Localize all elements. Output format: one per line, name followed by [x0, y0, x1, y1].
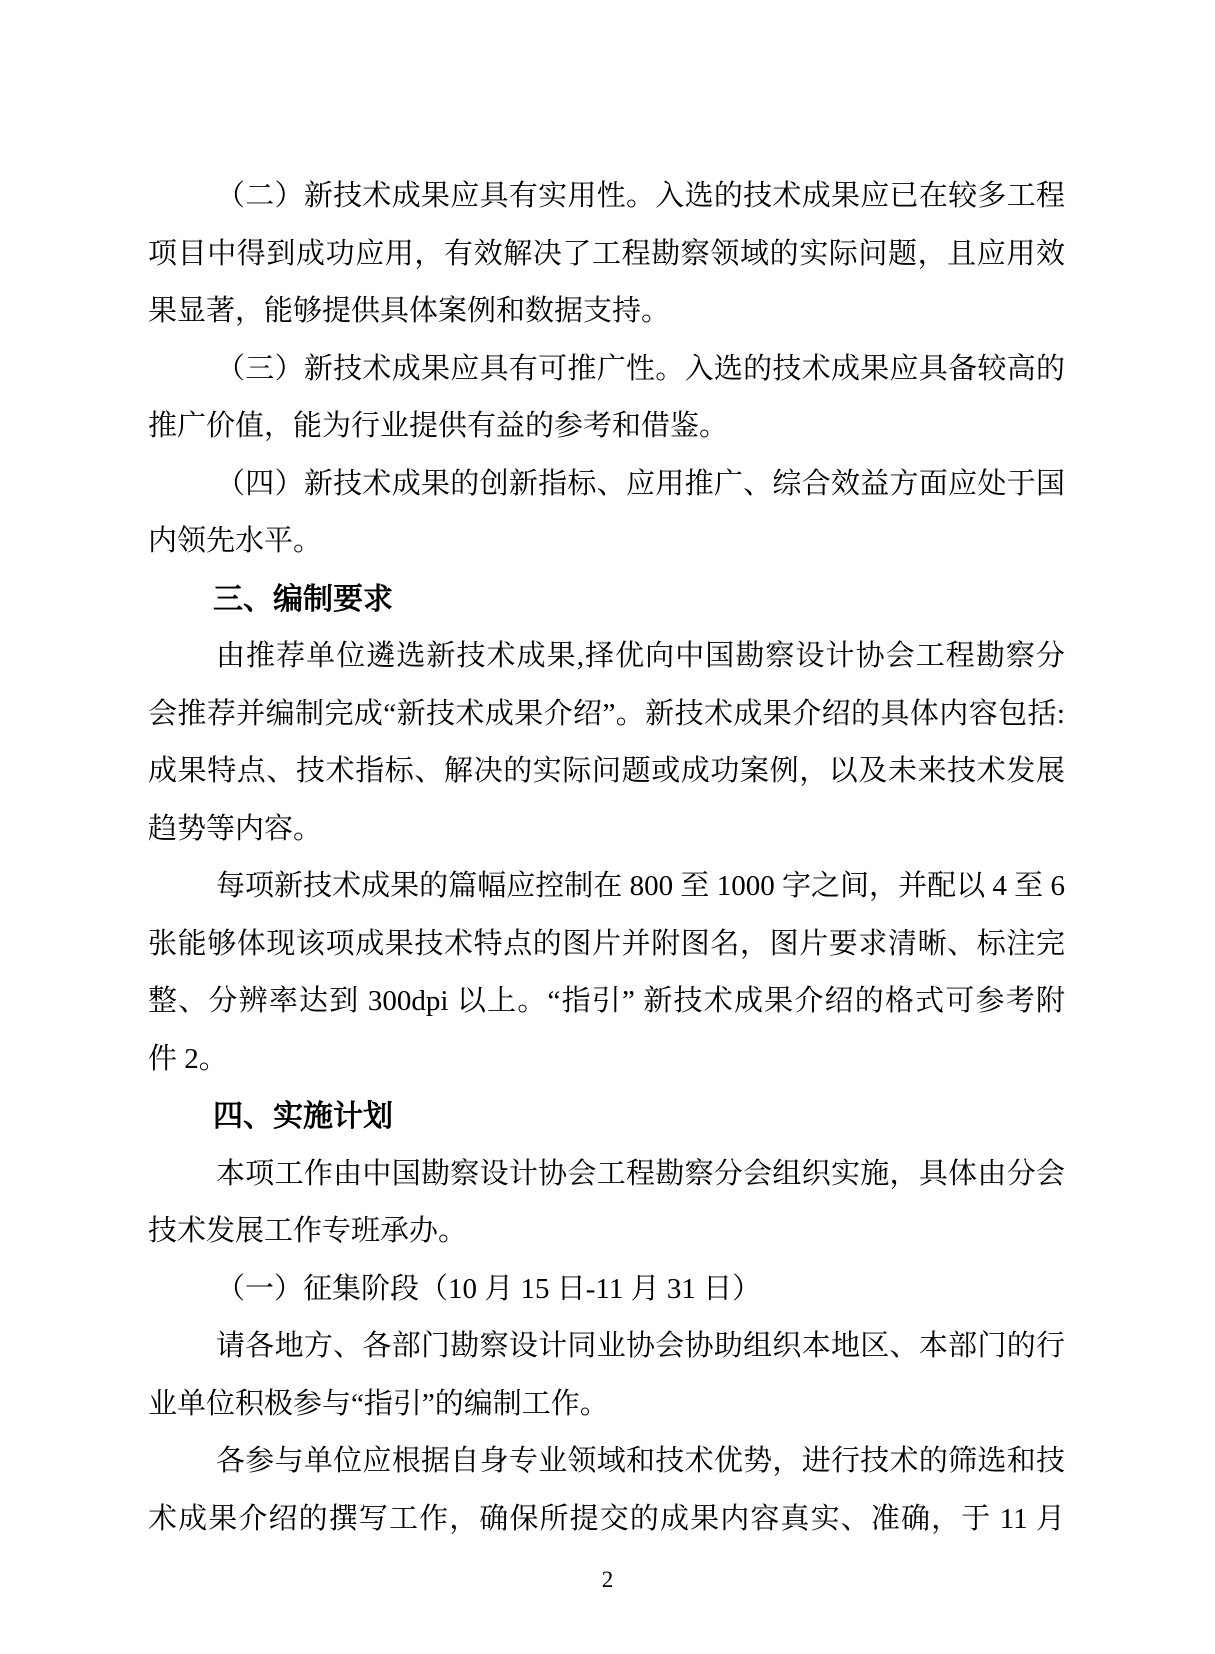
text-line: 整、分辨率达到 300dpi 以上。“指引” 新技术成果介绍的格式可参考附 [148, 973, 1065, 1031]
text-line: 内领先水平。 [148, 513, 1065, 571]
text-line: 张能够体现该项成果技术特点的图片并附图名，图片要求清晰、标注完 [148, 916, 1065, 974]
text-line: （三）新技术成果应具有可推广性。入选的技术成果应具备较高的 [148, 341, 1065, 399]
text-line: 每项新技术成果的篇幅应控制在 800 至 1000 字之间，并配以 4 至 6 [148, 858, 1065, 916]
text-line: 成果特点、技术指标、解决的实际问题或成功案例，以及未来技术发展 [148, 743, 1065, 801]
section-heading-implementation-plan: 四、实施计划 [148, 1088, 1065, 1146]
text-line: 本项工作由中国勘察设计协会工程勘察分会组织实施，具体由分会 [148, 1146, 1065, 1204]
document-page: （二）新技术成果应具有实用性。入选的技术成果应已在较多工程 项目中得到成功应用，… [0, 0, 1215, 1654]
text-line: （四）新技术成果的创新指标、应用推广、综合效益方面应处于国 [148, 456, 1065, 514]
text-line: 术成果介绍的撰写工作，确保所提交的成果内容真实、准确，于 11 月 [148, 1491, 1065, 1549]
text-line: （一）征集阶段（10 月 15 日-11 月 31 日） [148, 1261, 1065, 1319]
text-line: 推广价值，能为行业提供有益的参考和借鉴。 [148, 398, 1065, 456]
text-line: 由推荐单位遴选新技术成果,择优向中国勘察设计协会工程勘察分 [148, 628, 1065, 686]
text-line: 技术发展工作专班承办。 [148, 1203, 1065, 1261]
text-line: 会推荐并编制完成“新技术成果介绍”。新技术成果介绍的具体内容包括: [148, 686, 1065, 744]
document-body: （二）新技术成果应具有实用性。入选的技术成果应已在较多工程 项目中得到成功应用，… [148, 168, 1065, 1548]
text-line: 业单位积极参与“指引”的编制工作。 [148, 1376, 1065, 1434]
text-line: 各参与单位应根据自身专业领域和技术优势，进行技术的筛选和技 [148, 1433, 1065, 1491]
text-line: 趋势等内容。 [148, 801, 1065, 859]
section-heading-editing-requirements: 三、编制要求 [148, 571, 1065, 629]
text-line: （二）新技术成果应具有实用性。入选的技术成果应已在较多工程 [148, 168, 1065, 226]
page-number: 2 [0, 1563, 1215, 1597]
text-line: 果显著，能够提供具体案例和数据支持。 [148, 283, 1065, 341]
text-line: 项目中得到成功应用，有效解决了工程勘察领域的实际问题，且应用效 [148, 226, 1065, 284]
text-line: 请各地方、各部门勘察设计同业协会协助组织本地区、本部门的行 [148, 1318, 1065, 1376]
text-line: 件 2。 [148, 1031, 1065, 1089]
